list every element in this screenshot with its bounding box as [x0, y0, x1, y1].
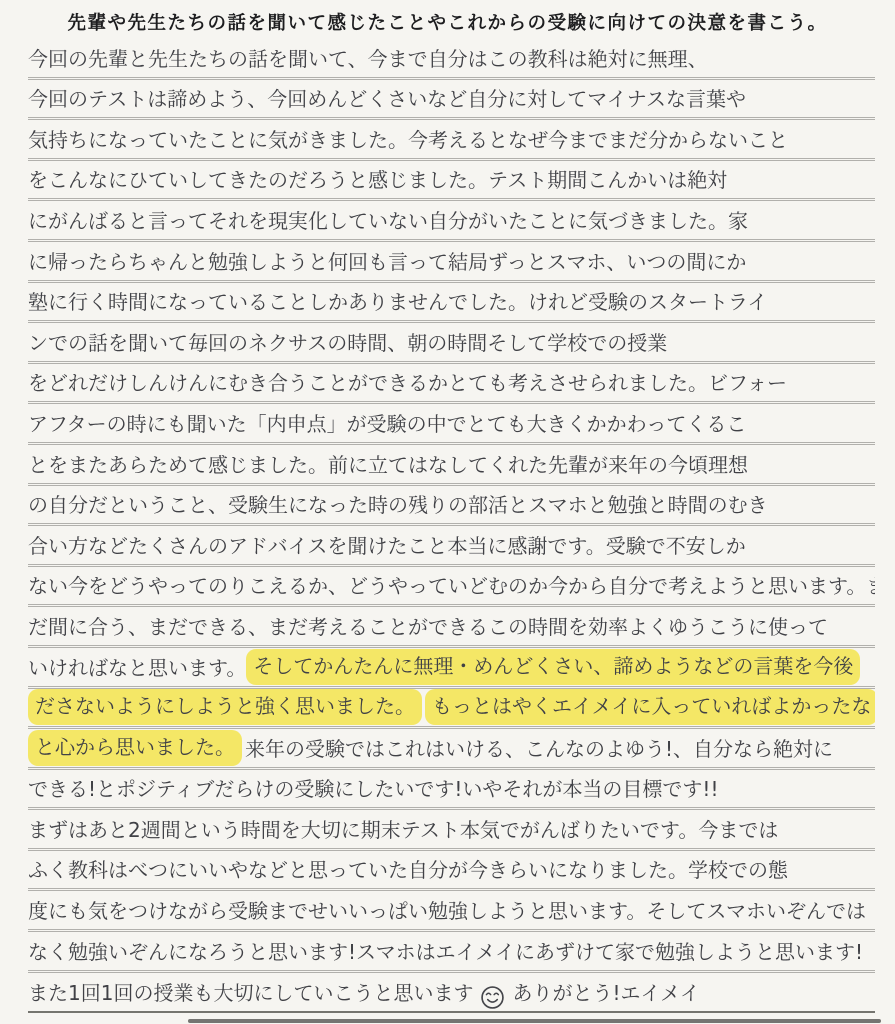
highlighted-text: もっとはやくエイメイに入っていればよかったな [425, 689, 875, 725]
worksheet-prompt-title: 先輩や先生たちの話を聞いて感じたことやこれからの受験に向けての決意を書こう。 [0, 0, 895, 39]
handwritten-line: 度にも気をつけながら受験までせいいっぱい勉強しようと思います。そしてスマホいぞん… [28, 891, 875, 932]
handwritten-text: ふく教科はべつにいいやなどと思っていた自分が今きらいになりました。学校での態 [28, 854, 788, 887]
handwritten-line: をこんなにひていしてきたのだろうと感じました。テスト期間こんかいは絶対 [28, 161, 875, 202]
handwritten-text: 今回の先輩と先生たちの話を聞いて、今まで自分はこの教科は絶対に無理、 [28, 43, 708, 76]
handwritten-text: にがんばると言ってそれを現実化していない自分がいたことに気づきました。家 [28, 205, 748, 238]
handwritten-text: まずはあと2週間という時間を大切に期末テスト本気でがんばりたいです。今までは [28, 814, 778, 847]
essay-lines: 今回の先輩と先生たちの話を聞いて、今まで自分はこの教科は絶対に無理、今回のテスト… [0, 39, 895, 1013]
handwritten-text: なく勉強いぞんになろうと思います!スマホはエイメイにあずけて家で勉強しようと思い… [28, 936, 863, 969]
handwritten-text: 度にも気をつけながら受験までせいいっぱい勉強しようと思います。そしてスマホいぞん… [28, 895, 866, 928]
handwritten-line: ふく教科はべつにいいやなどと思っていた自分が今きらいになりました。学校での態 [28, 851, 875, 892]
handwritten-line: また1回1回の授業も大切にしていこうと思います ありがとう!エイメイ [28, 973, 875, 1014]
scan-edge-artifact [188, 1019, 881, 1023]
handwritten-line: ンでの話を聞いて毎回のネクサスの時間、朝の時間そして学校での授業 [28, 323, 875, 364]
handwritten-text: に帰ったらちゃんと勉強しようと何回も言って結局ずっとスマホ、いつの間にか [28, 246, 746, 279]
handwritten-line: にがんばると言ってそれを現実化していない自分がいたことに気づきました。家 [28, 201, 875, 242]
handwritten-text: また1回1回の授業も大切にしていこうと思います [28, 977, 473, 1010]
handwritten-line: できる!とポジティブだらけの受験にしたいです!いやそれが本当の目標です!! [28, 770, 875, 811]
highlighted-text: ださないようにしようと強く思いました。 [28, 689, 422, 725]
handwritten-text: ありがとう!エイメイ [512, 977, 699, 1010]
handwritten-line: に帰ったらちゃんと勉強しようと何回も言って結局ずっとスマホ、いつの間にか [28, 242, 875, 283]
handwritten-text: の自分だということ、受験生になった時の残りの部活とスマホと勉強と時間のむき [28, 489, 768, 522]
scanned-worksheet-page: 先輩や先生たちの話を聞いて感じたことやこれからの受験に向けての決意を書こう。 今… [0, 0, 895, 1024]
handwritten-line: 合い方などたくさんのアドバイスを聞けたこと本当に感謝です。受験で不安しか [28, 526, 875, 567]
highlighted-text: と心から思いました。 [28, 730, 242, 766]
handwritten-text: ない今をどうやってのりこえるか、どうやっていどむのか今から自分で考えようと思いま… [28, 570, 875, 603]
handwritten-line: 今回のテストは諦めよう、今回めんどくさいなど自分に対してマイナスな言葉や [28, 80, 875, 121]
handwritten-line: とをまたあらためて感じました。前に立てはなしてくれた先輩が来年の今頃理想 [28, 445, 875, 486]
handwritten-line: をどれだけしんけんにむき合うことができるかとても考えさせられました。ビフォー [28, 364, 875, 405]
handwritten-line: 気持ちになっていたことに気がきました。今考えるとなぜ今までまだ分からないこと [28, 120, 875, 161]
handwritten-text: をこんなにひていしてきたのだろうと感じました。テスト期間こんかいは絶対 [28, 164, 727, 197]
handwritten-text: 気持ちになっていたことに気がきました。今考えるとなぜ今までまだ分からないこと [28, 124, 788, 157]
handwritten-line: の自分だということ、受験生になった時の残りの部活とスマホと勉強と時間のむき [28, 486, 875, 527]
highlighted-text: そしてかんたんに無理・めんどくさい、諦めようなどの言葉を今後 [246, 649, 860, 685]
handwritten-text: 来年の受験ではこれはいける、こんなのよゆう!、自分なら絶対に [245, 733, 833, 766]
handwritten-text: をどれだけしんけんにむき合うことができるかとても考えさせられました。ビフォー [28, 367, 787, 400]
handwritten-text: できる!とポジティブだらけの受験にしたいです!いやそれが本当の目標です!! [28, 773, 718, 806]
handwritten-text: いければなと思います。 [28, 652, 246, 685]
handwritten-line: と心から思いました。来年の受験ではこれはいける、こんなのよゆう!、自分なら絶対に [28, 729, 875, 770]
handwritten-text: だ間に合う、まだできる、まだ考えることができるこの時間を効率よくゆうこうに使って [28, 611, 828, 644]
handwritten-text: とをまたあらためて感じました。前に立てはなしてくれた先輩が来年の今頃理想 [28, 449, 748, 482]
handwritten-text: 合い方などたくさんのアドバイスを聞けたこと本当に感謝です。受験で不安しか [28, 530, 746, 563]
handwritten-text: 今回のテストは諦めよう、今回めんどくさいなど自分に対してマイナスな言葉や [28, 83, 746, 116]
smiley-face-icon [480, 985, 505, 1010]
handwritten-line: ない今をどうやってのりこえるか、どうやっていどむのか今から自分で考えようと思いま… [28, 567, 875, 608]
handwritten-text: 塾に行く時間になっていることしかありませんでした。けれど受験のスタートライ [28, 286, 767, 319]
handwritten-line: アフターの時にも聞いた「内申点」が受験の中でとても大きくかかわってくるこ [28, 404, 875, 445]
handwritten-line: いければなと思います。そしてかんたんに無理・めんどくさい、諦めようなどの言葉を今… [28, 648, 875, 689]
handwritten-line: 塾に行く時間になっていることしかありませんでした。けれど受験のスタートライ [28, 283, 875, 324]
handwritten-line: だ間に合う、まだできる、まだ考えることができるこの時間を効率よくゆうこうに使って [28, 607, 875, 648]
handwritten-text: ンでの話を聞いて毎回のネクサスの時間、朝の時間そして学校での授業 [28, 327, 667, 360]
handwritten-line: 今回の先輩と先生たちの話を聞いて、今まで自分はこの教科は絶対に無理、 [28, 39, 875, 80]
handwritten-line: なく勉強いぞんになろうと思います!スマホはエイメイにあずけて家で勉強しようと思い… [28, 932, 875, 973]
handwritten-line: ださないようにしようと強く思いました。もっとはやくエイメイに入っていればよかった… [28, 689, 875, 730]
handwritten-line: まずはあと2週間という時間を大切に期末テスト本気でがんばりたいです。今までは [28, 810, 875, 851]
handwritten-text: アフターの時にも聞いた「内申点」が受験の中でとても大きくかかわってくるこ [28, 408, 746, 441]
